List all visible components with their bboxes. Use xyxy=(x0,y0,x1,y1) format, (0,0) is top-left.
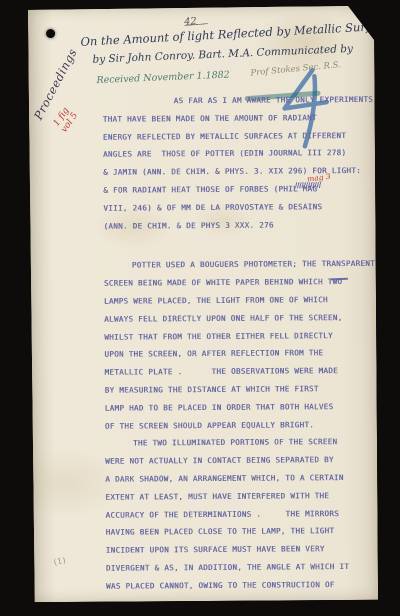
pencil-footnote-mark: (1) xyxy=(53,556,67,568)
typed-line: THAT HAVE BEEN MADE ON THE AMOUNT OF RAD… xyxy=(103,109,369,129)
manuscript-page: 42 Proceedings 1 fig vol 5 On the Amount… xyxy=(28,6,378,602)
typed-line: HAVING BEEN PLACED CLOSE TO THE LAMP, TH… xyxy=(106,522,372,542)
typed-line: BY MEASURING THE DISTANCE AT WHICH THE F… xyxy=(105,380,371,400)
typed-line: & JAMIN (ANN. DE CHIM. & PHYS. 3. XIX 29… xyxy=(103,162,369,182)
typed-line: AS FAR AS I AM AWARE THE ONLY EXPERIMENT… xyxy=(103,91,369,111)
typed-line: VIII, 246) & OF MM DE LA PROVOSTAYE & DE… xyxy=(103,198,369,218)
typed-line: INCIDENT UPON ITS SURFACE MUST HAVE BEEN… xyxy=(106,540,372,560)
typed-line: EXTENT AT LEAST, MUST HAVE INTERFERED WI… xyxy=(105,487,371,507)
typed-line: LAMP HAD TO BE PLACED IN ORDER THAT BOTH… xyxy=(105,398,371,418)
typed-line: ENERGY REFLECTED BY METALLIC SURFACES AT… xyxy=(103,126,369,146)
typewritten-body: AS FAR AS I AM AWARE THE ONLY EXPERIMENT… xyxy=(103,91,373,595)
typed-line: A DARK SHADOW, AN ARRANGEMENT WHICH, TO … xyxy=(105,469,371,489)
typed-line: SCREEN BEING MADE OF WHITE PAPER BEHIND … xyxy=(104,273,370,293)
typed-line: POTTER USED A BOUGUERS PHOTOMETER; THE T… xyxy=(104,255,370,275)
photograph-background: 42 Proceedings 1 fig vol 5 On the Amount… xyxy=(0,0,400,616)
typed-line: ALWAYS FELL DIRECTLY UPON ONE HALF OF TH… xyxy=(104,309,370,329)
typed-line: THE TWO ILLUMINATED PORTIONS OF THE SCRE… xyxy=(105,433,371,453)
typed-line: METALLIC PLATE . THE OBSERVATIONS WERE M… xyxy=(104,362,370,382)
red-margin-note: 1 fig vol 5 xyxy=(51,105,80,134)
typed-line: WHILST THAT FROM THE OTHER EITHER FELL D… xyxy=(104,326,370,346)
typed-line: & FOR RADIANT HEAT THOSE OF FORBES (PHIL… xyxy=(103,180,369,200)
typed-line: WERE NOT ACTUALLY IN CONTACT BEING SEPAR… xyxy=(105,451,371,471)
typed-line: DIVERGENT & AS, IN ADDITION, THE ANGLE A… xyxy=(106,558,372,578)
typed-line: LAMPS WERE PLACED, THE LIGHT FROM ONE OF… xyxy=(104,291,370,311)
typed-line: ACCURACY OF THE DETERMINATIONS . THE MIR… xyxy=(105,504,371,524)
typed-line: (ANN. DE CHIM. & DE PHYS 3 XXX. 276 xyxy=(103,215,369,235)
typed-line: ANGLES ARE THOSE OF POTTER (EDIN JOURNAL… xyxy=(103,144,369,164)
received-date-line: Received November 1.1882 xyxy=(96,69,230,86)
typed-line: OF THE SCREEN SHOULD APPEAR EQUALLY BRIG… xyxy=(105,415,371,435)
typed-line: WAS PLACED CANNOT, OWING TO THE CONSTRUC… xyxy=(106,576,372,596)
hole-punch xyxy=(46,29,55,38)
typed-line: UPON THE SCREEN, OR AFTER REFLECTION FRO… xyxy=(104,344,370,364)
page-number-value: 42 xyxy=(184,16,198,28)
page-number: 42 xyxy=(184,15,209,26)
